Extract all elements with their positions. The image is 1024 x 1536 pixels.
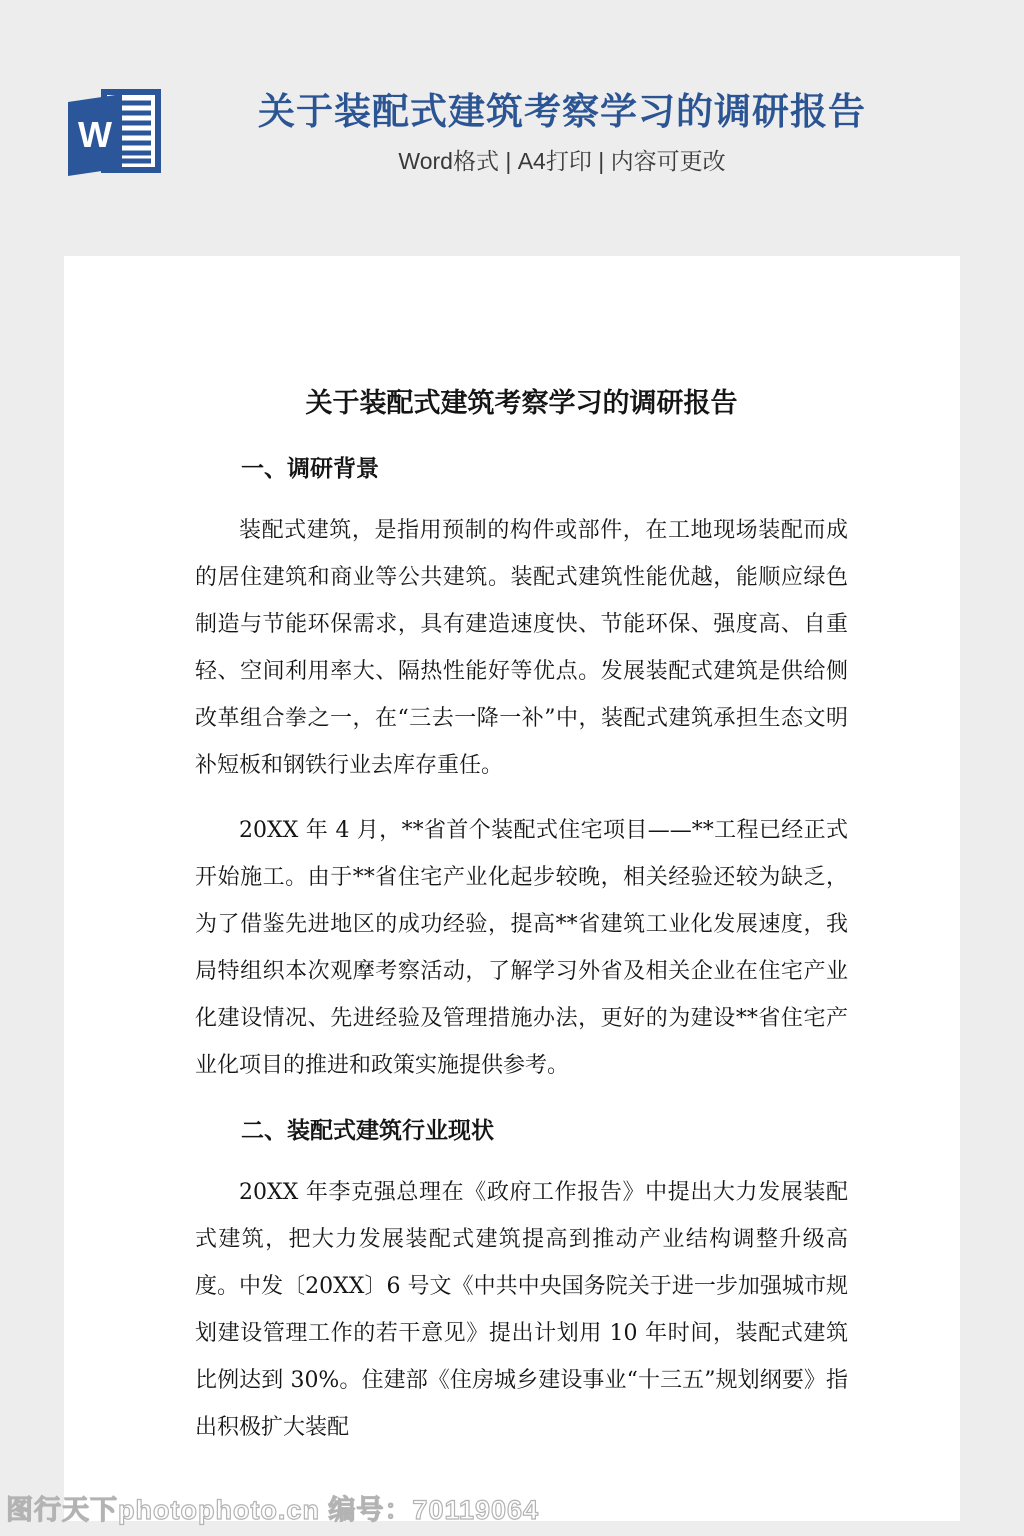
page-subtitle: Word格式 | A4打印 | 内容可更改 [164, 148, 960, 174]
word-icon-letter: W [78, 114, 112, 155]
section-heading-1: 一、调研背景 [195, 445, 848, 492]
paragraph: 20XX 年 4 月，**省首个装配式住宅项目——**工程已经正式开始施工。由于… [195, 807, 848, 1089]
document-page: 关于装配式建筑考察学习的调研报告 一、调研背景 装配式建筑，是指用预制的构件或部… [64, 256, 960, 1521]
word-icon-graphic: W [64, 86, 164, 178]
template-preview-page: W 关于装配式建筑考察学习的调研报告 Word格式 | A4打印 | 内容可更改… [0, 0, 1024, 1536]
page-title: 关于装配式建筑考察学习的调研报告 [164, 90, 960, 134]
document-content: 关于装配式建筑考察学习的调研报告 一、调研背景 装配式建筑，是指用预制的构件或部… [64, 256, 960, 1451]
paragraph: 装配式建筑，是指用预制的构件或部件，在工地现场装配而成的居住建筑和商业等公共建筑… [195, 507, 848, 789]
section-heading-2: 二、装配式建筑行业现状 [195, 1107, 848, 1154]
word-file-icon: W [64, 86, 164, 178]
watermark: 图行天下photophoto.cn 编号：70119064 [6, 1488, 539, 1527]
header-text: 关于装配式建筑考察学习的调研报告 Word格式 | A4打印 | 内容可更改 [164, 90, 960, 174]
header: W 关于装配式建筑考察学习的调研报告 Word格式 | A4打印 | 内容可更改 [64, 84, 960, 204]
document-title: 关于装配式建筑考察学习的调研报告 [195, 382, 848, 426]
paragraph: 20XX 年李克强总理在《政府工作报告》中提出大力发展装配式建筑，把大力发展装配… [195, 1169, 848, 1451]
